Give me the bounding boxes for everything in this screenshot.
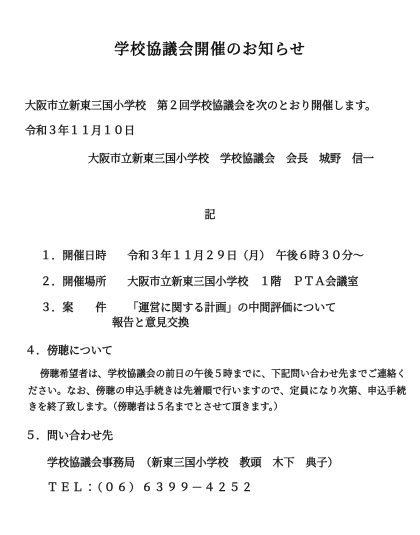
item-1-value: 令和３年１１月２９日（月） 午後６時３０分～ bbox=[127, 249, 364, 262]
item-1-label: １．開催日時 bbox=[40, 249, 127, 262]
sender-line: 大阪市立新東三国小学校 学校協議会 会長 城野 信一 bbox=[88, 152, 374, 165]
observation-paragraph: 傍聴希望者は、学校協議会の前日の午後５時までに、下記問い合わせ先までご連絡くださ… bbox=[28, 367, 406, 417]
intro-line: 大阪市立新東三国小学校 第２回学校協議会を次のとおり開催します。 bbox=[25, 99, 376, 112]
issue-date: 令和３年１１月１０日 bbox=[25, 124, 135, 137]
item-2-value: 大阪市立新東三国小学校 １階 ＰＴＡ会議室 bbox=[127, 275, 358, 288]
item-3-agenda-subline: 報告と意見交換 bbox=[112, 316, 189, 329]
item-2-label: ２．開催場所 bbox=[40, 275, 127, 288]
record-marker: 記 bbox=[0, 206, 420, 222]
notice-title: 学校協議会開催のお知らせ bbox=[0, 38, 420, 59]
contact-office-line: 学校協議会事務局 （新東三国小学校 教頭 木下 典子） bbox=[47, 456, 339, 469]
contact-tel-line: ＴＥＬ：（０６）６３９９－４２５２ bbox=[47, 481, 254, 494]
item-4-observation-heading: ４．傍聴について bbox=[25, 344, 113, 357]
item-3-label: ３．案 件 bbox=[40, 301, 127, 314]
item-3-value: 「運営に関する計画」の中間評価について bbox=[127, 301, 336, 314]
notice-document: 学校協議会開催のお知らせ 大阪市立新東三国小学校 第２回学校協議会を次のとおり開… bbox=[0, 0, 420, 535]
item-5-contact-heading: ５．問い合わせ先 bbox=[25, 429, 113, 442]
